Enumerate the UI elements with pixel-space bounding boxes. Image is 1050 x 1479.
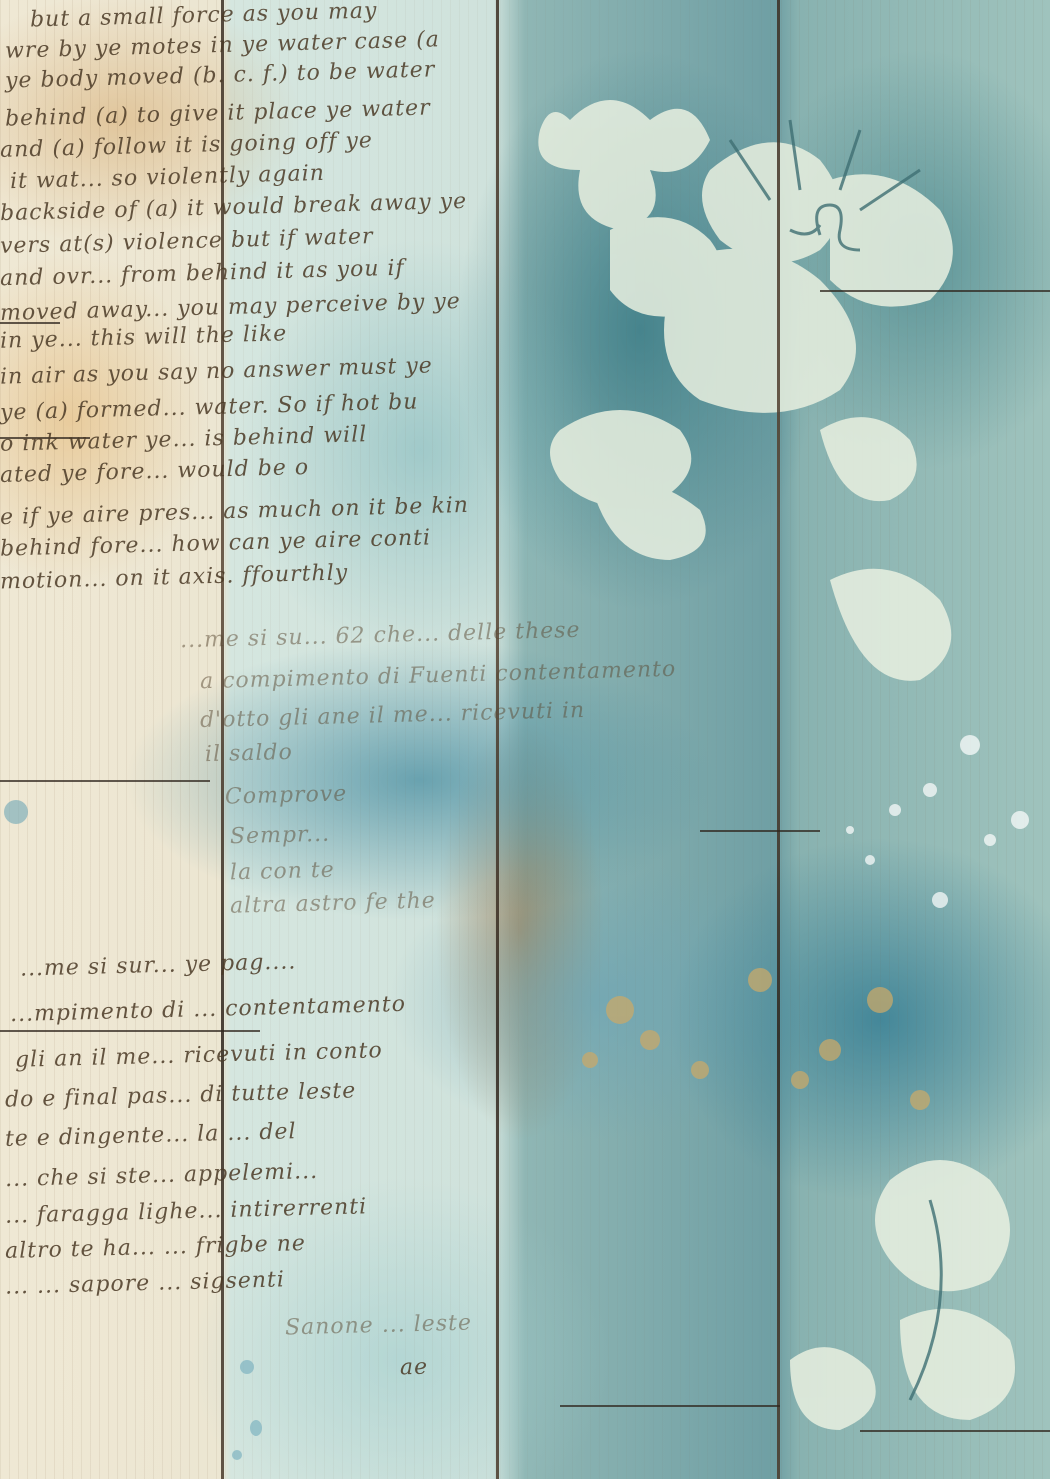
damask-floral-pattern [500,0,1050,1479]
manuscript-line: altra astro fe the [230,885,437,922]
manuscript-line: il saldo [205,737,294,771]
scratch [560,1405,780,1407]
scratch [700,830,820,832]
manuscript-line: ae [400,1352,429,1385]
paint-drop [232,1450,242,1460]
plank-seam-3 [777,0,780,1479]
paint-drop [4,800,28,824]
paint-drop [250,1420,262,1436]
manuscript-line: Comprove [225,778,348,813]
paint-drop [240,1360,254,1374]
plank-seam-2 [496,0,499,1479]
manuscript-line: la con te [230,855,336,890]
scratch [0,780,210,782]
artwork-canvas: but a small force as you may wre by ye m… [0,0,1050,1479]
manuscript-line: Sanone ... leste [285,1308,473,1345]
scratch [820,290,1050,292]
scratch [860,1430,1050,1432]
manuscript-line: Sempr... [230,819,331,854]
